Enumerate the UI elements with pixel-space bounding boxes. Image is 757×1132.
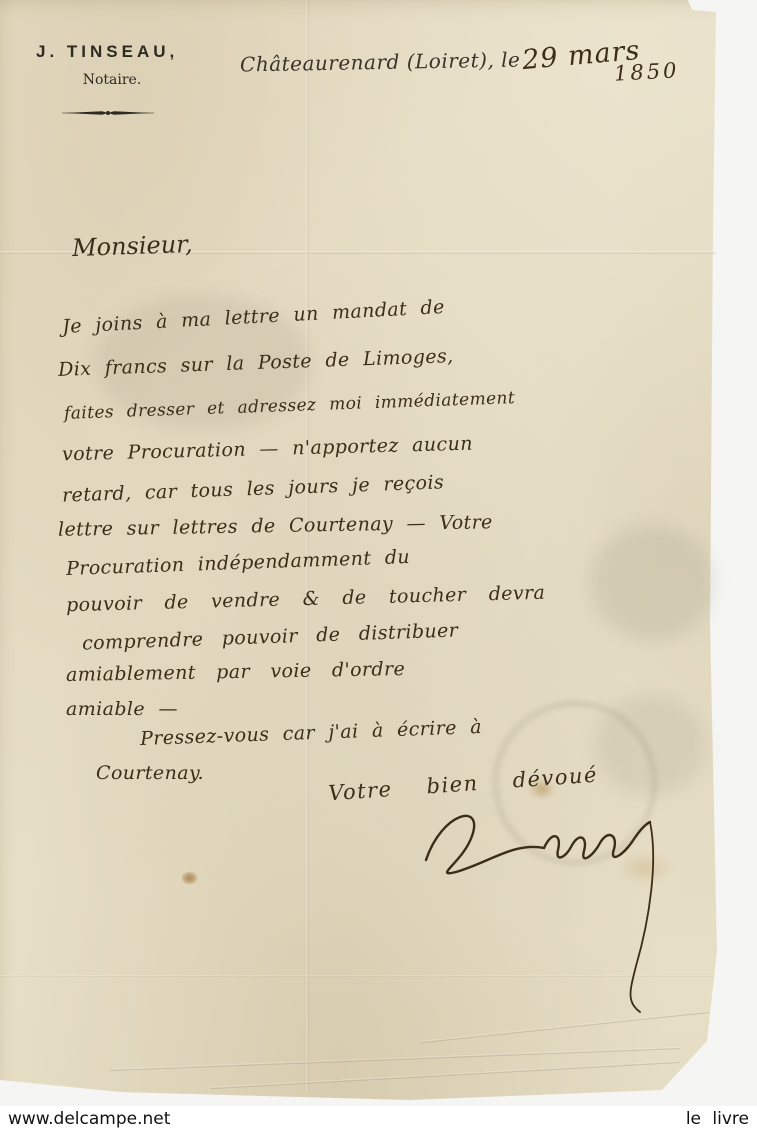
letterhead-name: J. TINSEAU,	[36, 42, 178, 62]
watermark-url: www.delcampe.net	[8, 1109, 170, 1129]
signature-scrawl	[398, 798, 668, 1028]
body-line: amiable —	[66, 698, 178, 720]
salutation: Monsieur,	[72, 230, 194, 262]
watermark-bar: www.delcampe.net le livre	[0, 1106, 757, 1132]
dateline-handwritten-year: 1850	[613, 58, 680, 85]
letterhead-ornament-icon	[62, 106, 154, 120]
scanned-letter-page: { "letterhead": { "name": "J. TINSEAU,",…	[0, 0, 757, 1132]
watermark-label: le livre	[686, 1109, 749, 1129]
body-line: Courtenay.	[96, 762, 204, 784]
dateline-printed-place: Châteaurenard (Loiret), le	[240, 48, 521, 77]
letterhead-title: Notaire.	[36, 72, 188, 88]
